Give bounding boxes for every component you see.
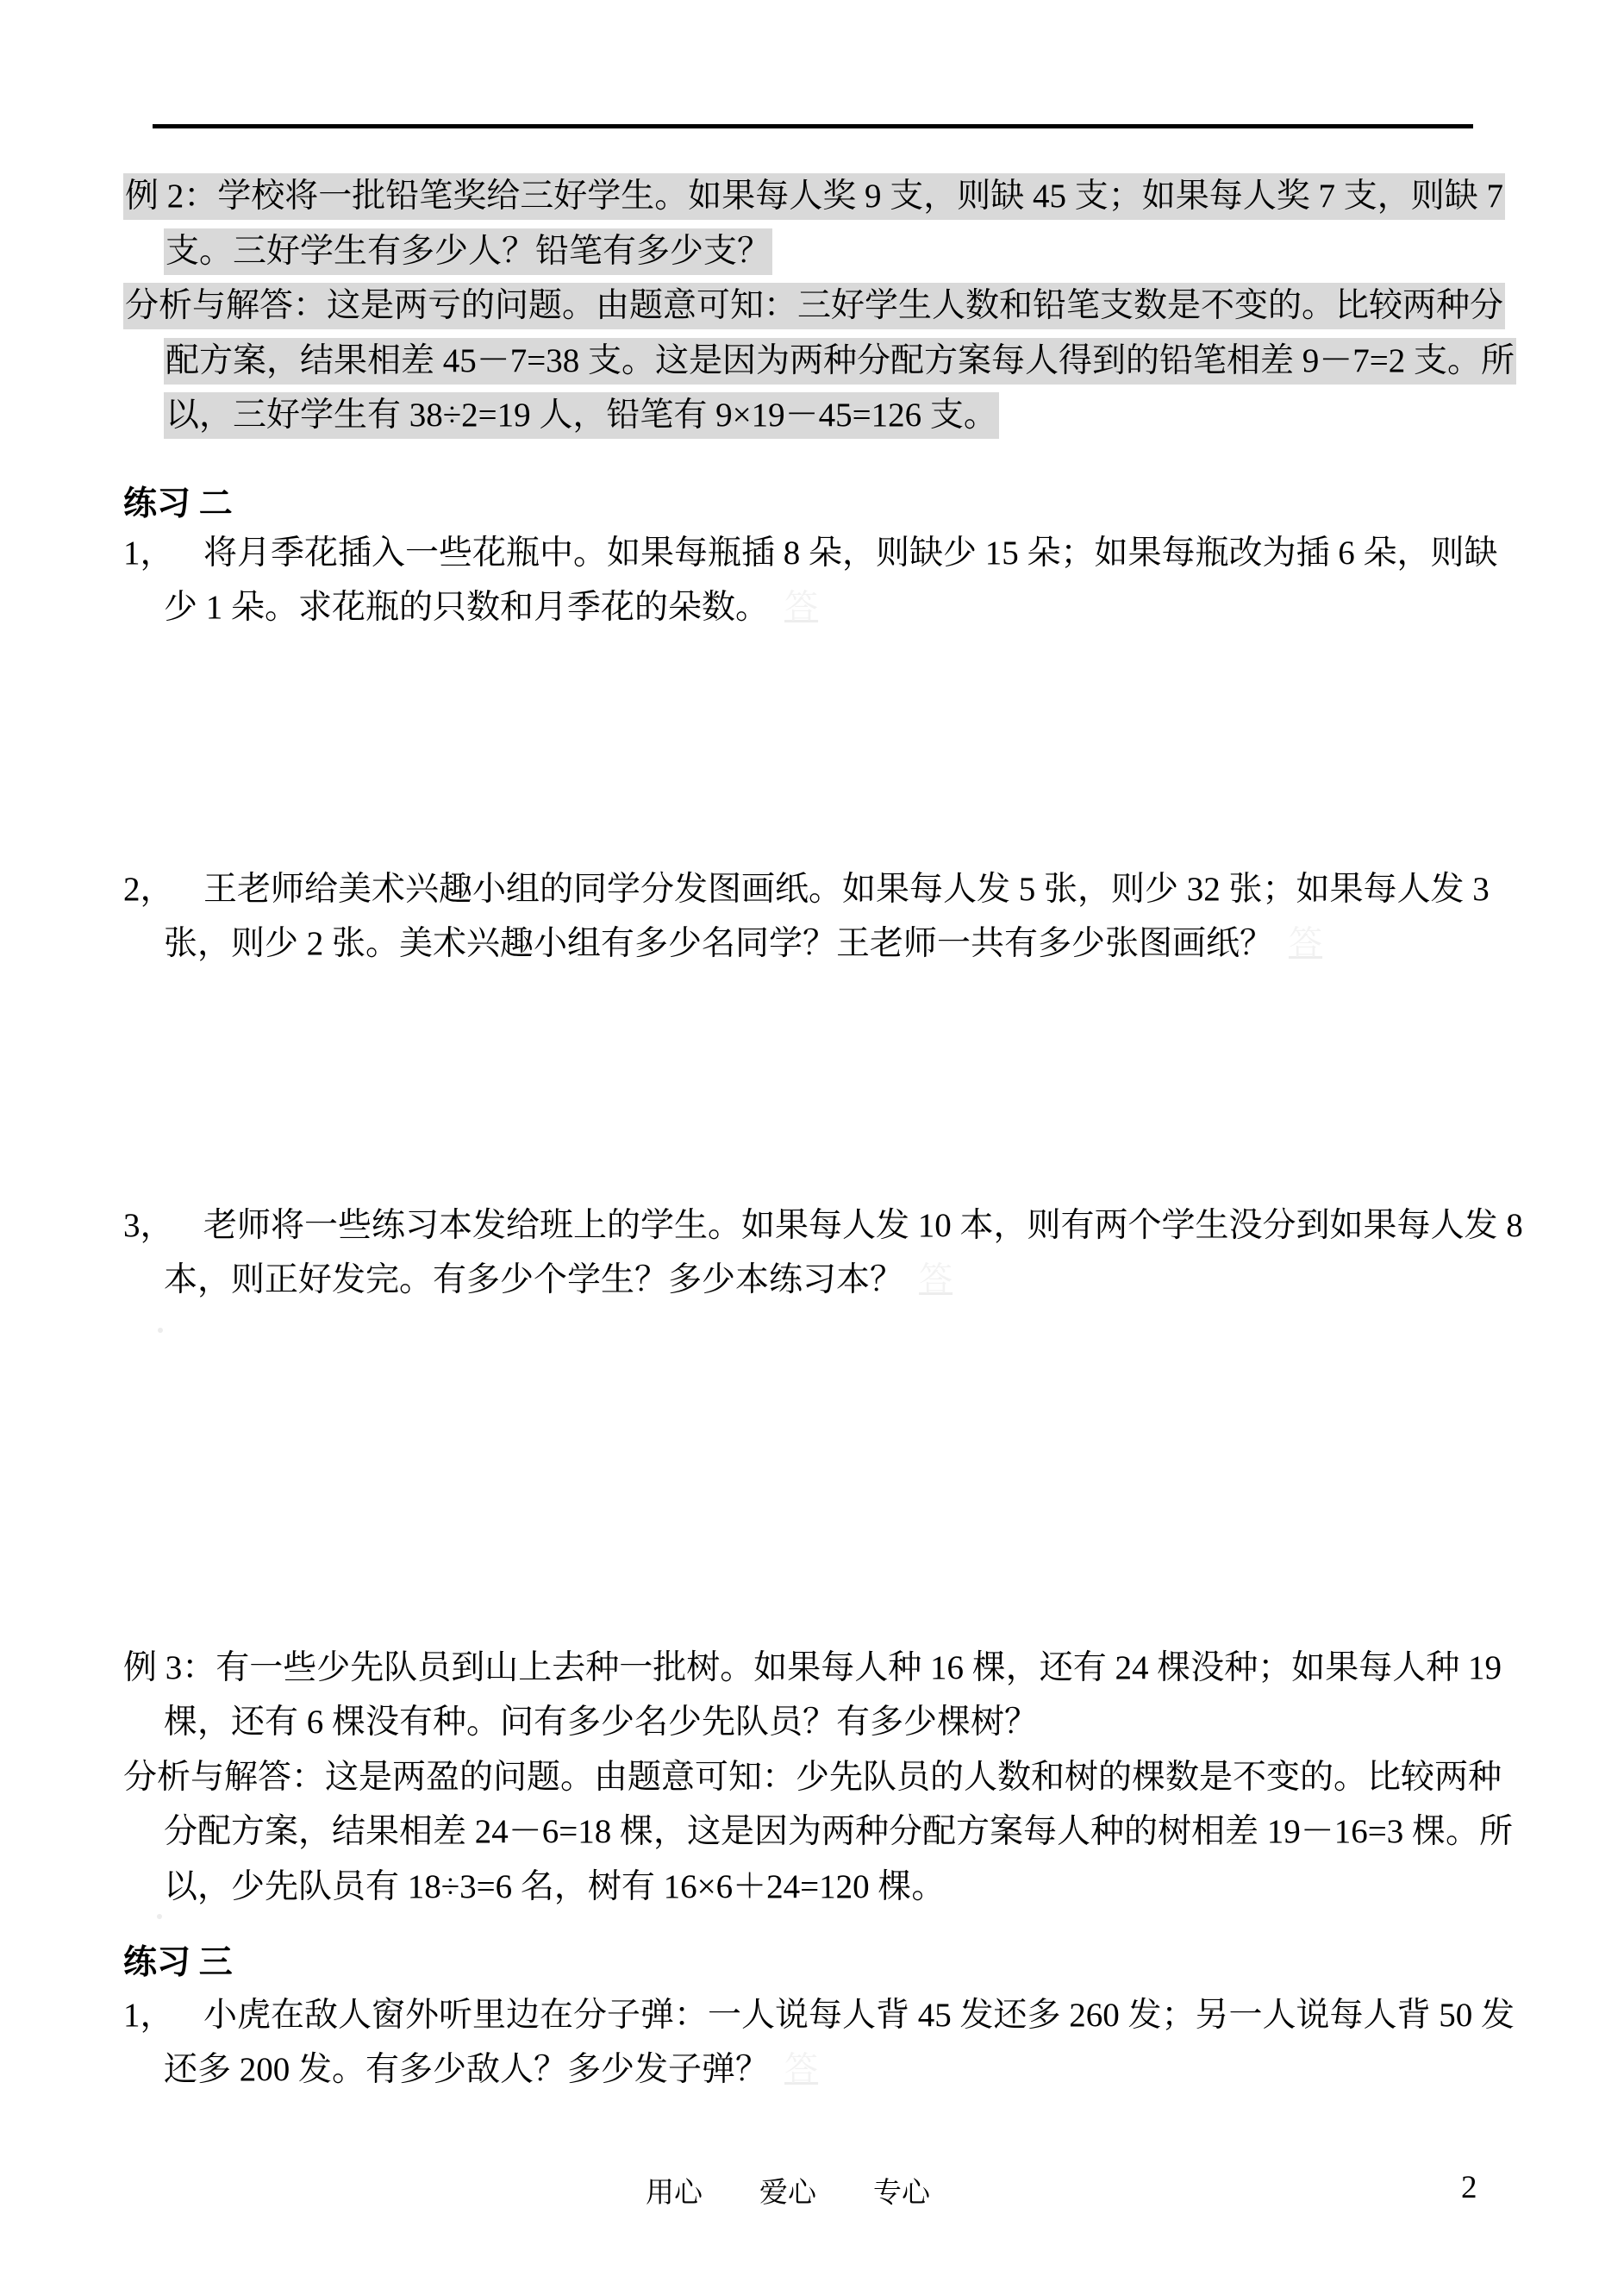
page-speck <box>158 1328 163 1333</box>
header-rule <box>153 124 1473 128</box>
exercise2-problem1-line-2: 少 1 朵。求花瓶的只数和月季花的朵数。答 <box>164 580 1537 635</box>
exercise2-problem3-line-1: 3，老师将一些练习本发给班上的学生。如果每人发 10 本，则有两个学生没分到如果… <box>123 1198 1537 1254</box>
example2-text: 例 2：学校将一批铅笔奖给三好学生。如果每人奖 9 支，则缺 45 支；如果每人… <box>123 173 1505 220</box>
footer-motto-3: 专心 <box>873 2176 930 2211</box>
page-number: 2 <box>1461 2169 1477 2207</box>
analysis2-line-1: 分析与解答：这是两亏的问题。由题意可知：三好学生人数和铅笔支数是不变的。比较两种… <box>123 278 1537 334</box>
exercise2-problem2-line-1: 2，王老师给美术兴趣小组的同学分发图画纸。如果每人发 5 张，则少 32 张；如… <box>123 862 1537 917</box>
footer-motto-1: 用心 <box>646 2176 703 2211</box>
answer-link[interactable]: 答 <box>1289 925 1322 962</box>
example2-line-1: 例 2：学校将一批铅笔奖给三好学生。如果每人奖 9 支，则缺 45 支；如果每人… <box>123 169 1537 224</box>
problem-number: 3， <box>123 1198 203 1254</box>
exercise2-heading: 练习 二 <box>123 477 1537 532</box>
answer-link[interactable]: 答 <box>784 589 818 626</box>
analysis3-line-2: 分配方案，结果相差 24－6=18 棵，这是因为两种分配方案每人种的树相差 19… <box>164 1804 1537 1860</box>
page-footer: 用心 爱心 专心 <box>646 2176 930 2211</box>
page-speck <box>157 1914 162 1919</box>
exercise2-problem1-line-1: 1，将月季花插入一些花瓶中。如果每瓶插 8 朵，则缺少 15 朵；如果每瓶改为插… <box>123 526 1537 581</box>
problem-number: 1， <box>123 526 203 581</box>
exercise3-problem1-line-2: 还多 200 发。有多少敌人？多少发子弹？答 <box>164 2042 1537 2098</box>
exercise3-problem1-line-1: 1，小虎在敌人窗外听里边在分子弹：一人说每人背 45 发还多 260 发；另一人… <box>123 1988 1537 2043</box>
document-page: 例 2：学校将一批铅笔奖给三好学生。如果每人奖 9 支，则缺 45 支；如果每人… <box>0 0 1624 2295</box>
example2-line-2: 支。三好学生有多少人？铅笔有多少支？ <box>164 224 1537 279</box>
analysis2-line-2: 配方案，结果相差 45－7=38 支。这是因为两种分配方案每人得到的铅笔相差 9… <box>164 334 1537 389</box>
answer-link[interactable]: 答 <box>919 1261 953 1298</box>
exercise2-problem3-line-2: 本，则正好发完。有多少个学生？多少本练习本？答 <box>164 1253 1537 1308</box>
exercise3-heading: 练习 三 <box>123 1935 1537 1991</box>
answer-link[interactable]: 答 <box>784 2051 818 2088</box>
analysis3-line-1: 分析与解答：这是两盈的问题。由题意可知：少先队员的人数和树的棵数是不变的。比较两… <box>123 1750 1537 1805</box>
problem-number: 1， <box>123 1988 203 2043</box>
exercise2-problem2-line-2: 张，则少 2 张。美术兴趣小组有多少名同学？王老师一共有多少张图画纸？答 <box>164 916 1537 972</box>
analysis2-line-3: 以，三好学生有 38÷2=19 人，铅笔有 9×19－45=126 支。 <box>164 388 1537 443</box>
problem-number: 2， <box>123 862 203 917</box>
analysis3-line-3: 以，少先队员有 18÷3=6 名，树有 16×6＋24=120 棵。 <box>164 1860 1537 1915</box>
example3-line-1: 例 3：有一些少先队员到山上去种一批树。如果每人种 16 棵，还有 24 棵没种… <box>123 1641 1537 1696</box>
footer-motto-2: 爱心 <box>759 2176 816 2211</box>
example3-line-2: 棵，还有 6 棵没有种。问有多少名少先队员？有多少棵树？ <box>164 1695 1537 1750</box>
